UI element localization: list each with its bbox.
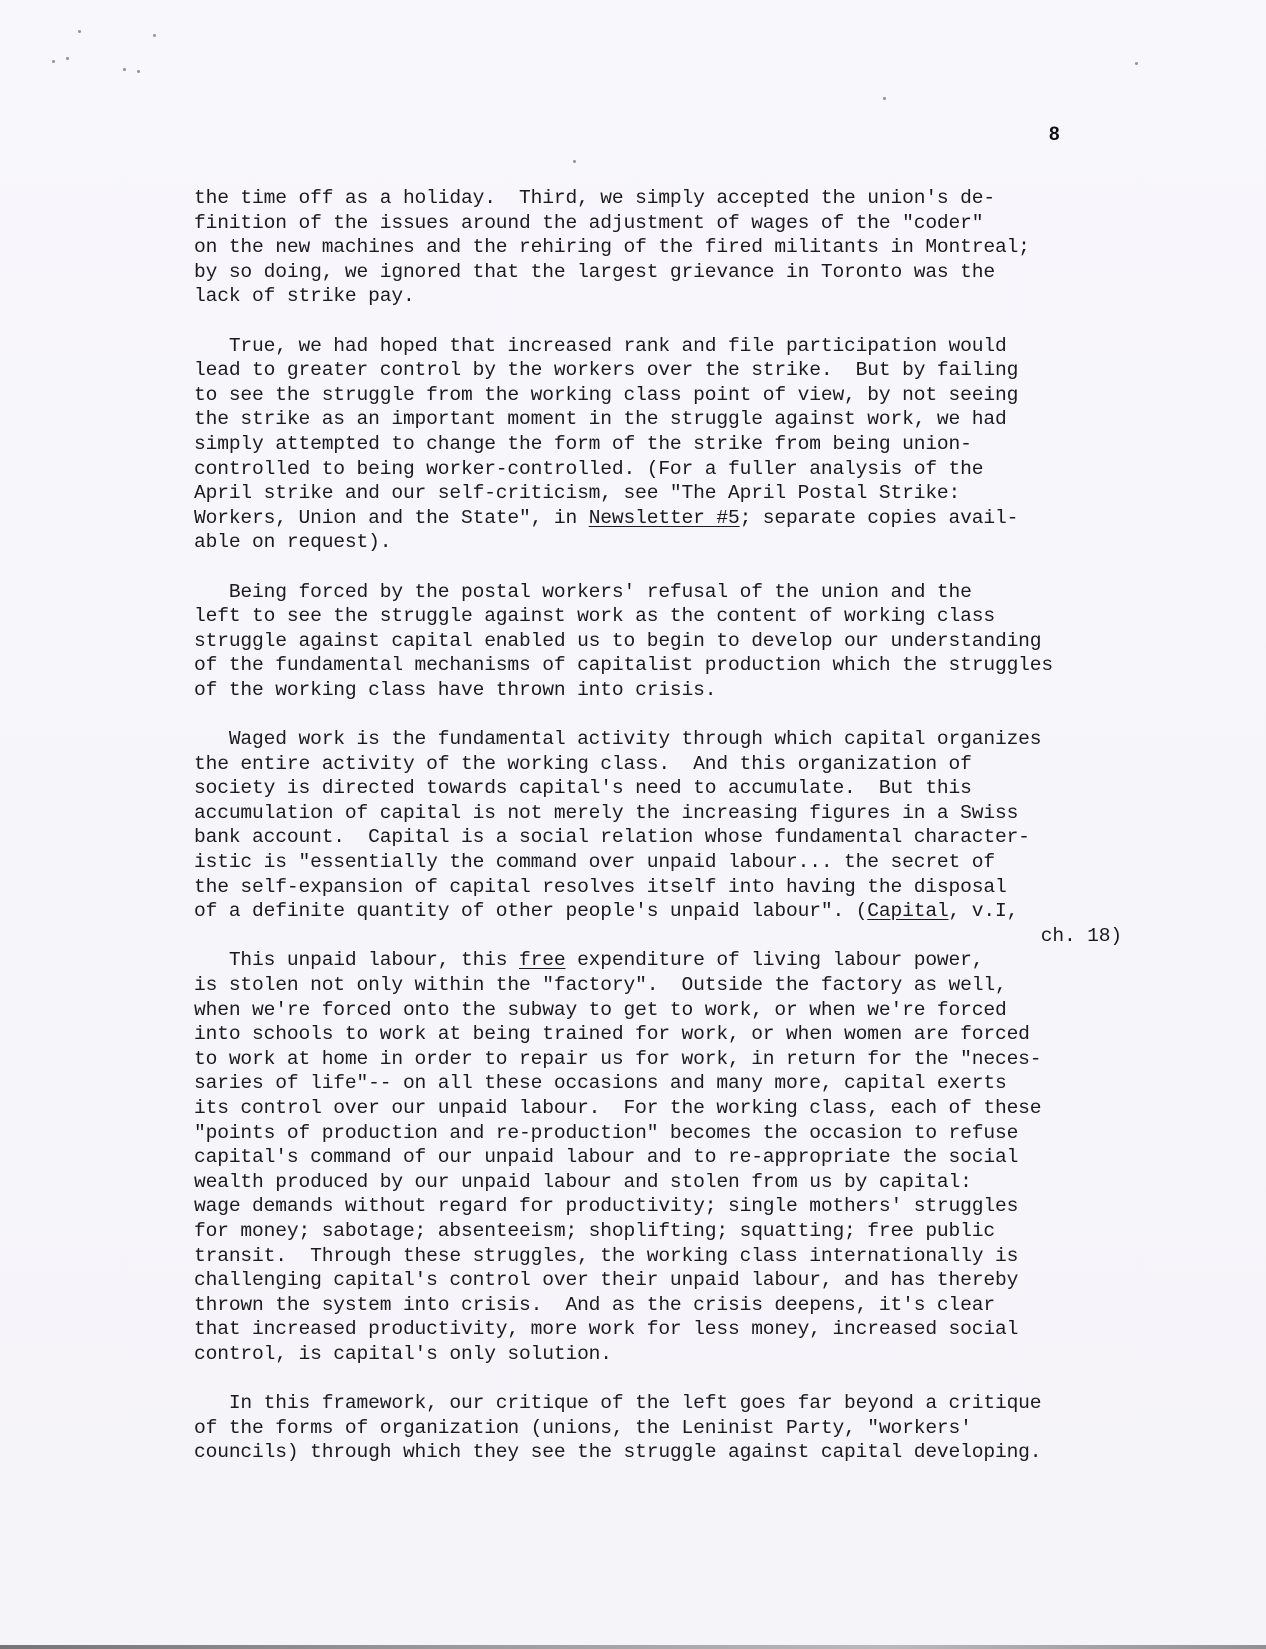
text-line: the self-expansion of capital resolves i… <box>194 875 1194 900</box>
text-line: transit. Through these struggles, the wo… <box>194 1244 1194 1269</box>
scan-speck <box>66 57 69 60</box>
text-line: "points of production and re-production"… <box>194 1121 1194 1146</box>
text-line: capital's command of our unpaid labour a… <box>194 1145 1194 1170</box>
text-line: saries of life"-- on all these occasions… <box>194 1071 1194 1096</box>
text-line: the entire activity of the working class… <box>194 752 1194 777</box>
text-line: of the fundamental mechanisms of capital… <box>194 653 1194 678</box>
text-line: bank account. Capital is a social relati… <box>194 825 1194 850</box>
scan-speck <box>52 60 55 63</box>
text-run: ; separate copies avail- <box>740 507 1019 529</box>
text-line: of the forms of organization (unions, th… <box>194 1416 1194 1441</box>
text-line: when we're forced onto the subway to get… <box>194 998 1194 1023</box>
text-line: thrown the system into crisis. And as th… <box>194 1293 1194 1318</box>
scan-speck <box>1135 62 1138 65</box>
underlined-title: free <box>519 949 565 971</box>
text-line: ch. 18) <box>194 924 1194 949</box>
paragraph-p6: In this framework, our critique of the l… <box>194 1391 1194 1465</box>
text-run: Workers, Union and the State", in <box>194 507 589 529</box>
text-line: True, we had hoped that increased rank a… <box>194 334 1194 359</box>
text-line: councils) through which they see the str… <box>194 1440 1194 1465</box>
text-line: istic is "essentially the command over u… <box>194 850 1194 875</box>
text-line: left to see the struggle against work as… <box>194 604 1194 629</box>
text-line: to work at home in order to repair us fo… <box>194 1047 1194 1072</box>
text-line: lead to greater control by the workers o… <box>194 358 1194 383</box>
paragraph-p1: the time off as a holiday. Third, we sim… <box>194 186 1194 309</box>
document-page: 8 the time off as a holiday. Third, we s… <box>0 0 1266 1649</box>
text-line: of a definite quantity of other people's… <box>194 899 1194 924</box>
underlined-title: Newsletter #5 <box>589 507 740 529</box>
text-run: This unpaid labour, this <box>194 949 519 971</box>
text-line: Being forced by the postal workers' refu… <box>194 580 1194 605</box>
text-line: Workers, Union and the State", in Newsle… <box>194 506 1194 531</box>
text-line: of the working class have thrown into cr… <box>194 678 1194 703</box>
paragraph-p3: Being forced by the postal workers' refu… <box>194 580 1194 703</box>
paragraph-p4: Waged work is the fundamental activity t… <box>194 727 1194 948</box>
text-line: controlled to being worker-controlled. (… <box>194 457 1194 482</box>
scan-speck <box>883 97 886 100</box>
text-line: This unpaid labour, this free expenditur… <box>194 948 1194 973</box>
text-line: by so doing, we ignored that the largest… <box>194 260 1194 285</box>
text-line: is stolen not only within the "factory".… <box>194 973 1194 998</box>
scan-speck <box>137 70 140 73</box>
text-line: the strike as an important moment in the… <box>194 407 1194 432</box>
scan-speck <box>573 160 576 163</box>
text-line: into schools to work at being trained fo… <box>194 1022 1194 1047</box>
paragraph-p5: This unpaid labour, this free expenditur… <box>194 948 1194 1366</box>
text-line: Waged work is the fundamental activity t… <box>194 727 1194 752</box>
paragraph-p2: True, we had hoped that increased rank a… <box>194 334 1194 555</box>
text-line: for money; sabotage; absenteeism; shopli… <box>194 1219 1194 1244</box>
scan-speck <box>78 30 81 33</box>
scan-speck <box>153 34 156 37</box>
scan-speck <box>123 68 126 71</box>
text-line: that increased productivity, more work f… <box>194 1317 1194 1342</box>
document-body: the time off as a holiday. Third, we sim… <box>194 186 1194 1465</box>
text-line: April strike and our self-criticism, see… <box>194 481 1194 506</box>
text-line: wage demands without regard for producti… <box>194 1194 1194 1219</box>
page-edge <box>0 1645 1266 1649</box>
page-number: 8 <box>1049 124 1060 146</box>
text-line: its control over our unpaid labour. For … <box>194 1096 1194 1121</box>
text-line: on the new machines and the rehiring of … <box>194 235 1194 260</box>
text-line: lack of strike pay. <box>194 284 1194 309</box>
text-run: of a definite quantity of other people's… <box>194 900 867 922</box>
text-line: wealth produced by our unpaid labour and… <box>194 1170 1194 1195</box>
text-line: simply attempted to change the form of t… <box>194 432 1194 457</box>
text-line: society is directed towards capital's ne… <box>194 776 1194 801</box>
text-run: , v.I, <box>949 900 1019 922</box>
text-line: challenging capital's control over their… <box>194 1268 1194 1293</box>
text-line: accumulation of capital is not merely th… <box>194 801 1194 826</box>
underlined-title: Capital <box>867 900 948 922</box>
text-line: control, is capital's only solution. <box>194 1342 1194 1367</box>
text-line: struggle against capital enabled us to b… <box>194 629 1194 654</box>
text-line: to see the struggle from the working cla… <box>194 383 1194 408</box>
text-line: finition of the issues around the adjust… <box>194 211 1194 236</box>
text-line: able on request). <box>194 530 1194 555</box>
text-run: expenditure of living labour power, <box>565 949 983 971</box>
text-line: In this framework, our critique of the l… <box>194 1391 1194 1416</box>
text-line: the time off as a holiday. Third, we sim… <box>194 186 1194 211</box>
